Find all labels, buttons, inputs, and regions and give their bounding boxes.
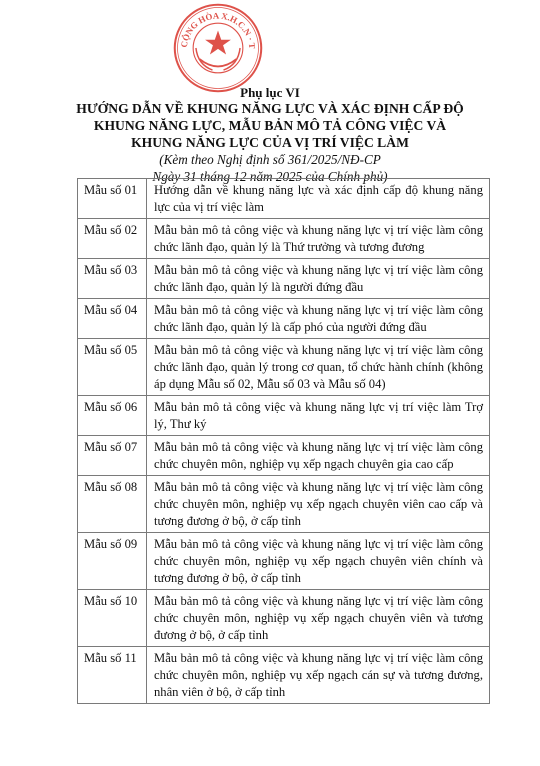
form-description: Mẫu bản mô tả công việc và khung năng lự… bbox=[147, 259, 490, 299]
title-line-1: HƯỚNG DẪN VỀ KHUNG NĂNG LỰC VÀ XÁC ĐỊNH … bbox=[0, 100, 540, 117]
form-code: Mẫu số 08 bbox=[78, 476, 147, 533]
form-code: Mẫu số 11 bbox=[78, 647, 147, 704]
form-code: Mẫu số 09 bbox=[78, 533, 147, 590]
form-description: Mẫu bản mô tả công việc và khung năng lự… bbox=[147, 436, 490, 476]
table-row: Mẫu số 07 Mẫu bản mô tả công việc và khu… bbox=[78, 436, 490, 476]
table-row: Mẫu số 03 Mẫu bản mô tả công việc và khu… bbox=[78, 259, 490, 299]
form-code: Mẫu số 02 bbox=[78, 219, 147, 259]
form-description: Mẫu bản mô tả công việc và khung năng lự… bbox=[147, 590, 490, 647]
form-code: Mẫu số 03 bbox=[78, 259, 147, 299]
table-row: Mẫu số 04 Mẫu bản mô tả công việc và khu… bbox=[78, 299, 490, 339]
form-description: Mẫu bản mô tả công việc và khung năng lự… bbox=[147, 339, 490, 396]
form-code: Mẫu số 05 bbox=[78, 339, 147, 396]
document-title: HƯỚNG DẪN VỀ KHUNG NĂNG LỰC VÀ XÁC ĐỊNH … bbox=[0, 100, 540, 151]
appendix-label: Phụ lục VI bbox=[0, 85, 540, 101]
form-description: Mẫu bản mô tả công việc và khung năng lự… bbox=[147, 396, 490, 436]
form-description: Mẫu bản mô tả công việc và khung năng lự… bbox=[147, 533, 490, 590]
table-row: Mẫu số 05 Mẫu bản mô tả công việc và khu… bbox=[78, 339, 490, 396]
title-line-3: KHUNG NĂNG LỰC CỦA VỊ TRÍ VIỆC LÀM bbox=[0, 134, 540, 151]
form-description: Mẫu bản mô tả công việc và khung năng lự… bbox=[147, 219, 490, 259]
form-code: Mẫu số 04 bbox=[78, 299, 147, 339]
subtitle-line-1: (Kèm theo Nghị định số 361/2025/NĐ-CP bbox=[0, 151, 540, 168]
form-code: Mẫu số 07 bbox=[78, 436, 147, 476]
state-emblem-seal-icon: CỘNG HÒA X.H.C.N · THỦ TƯỚNG CHÍNH PHỦ bbox=[172, 2, 264, 94]
table-row: Mẫu số 08 Mẫu bản mô tả công việc và khu… bbox=[78, 476, 490, 533]
form-description: Mẫu bản mô tả công việc và khung năng lự… bbox=[147, 476, 490, 533]
table-row: Mẫu số 06 Mẫu bản mô tả công việc và khu… bbox=[78, 396, 490, 436]
form-code: Mẫu số 01 bbox=[78, 179, 147, 219]
form-description: Mẫu bản mô tả công việc và khung năng lự… bbox=[147, 647, 490, 704]
form-code: Mẫu số 10 bbox=[78, 590, 147, 647]
table-row: Mẫu số 09 Mẫu bản mô tả công việc và khu… bbox=[78, 533, 490, 590]
form-description: Hướng dẫn về khung năng lực và xác định … bbox=[147, 179, 490, 219]
form-code: Mẫu số 06 bbox=[78, 396, 147, 436]
title-line-2: KHUNG NĂNG LỰC, MẪU BẢN MÔ TẢ CÔNG VIỆC … bbox=[0, 117, 540, 134]
table-row: Mẫu số 01 Hướng dẫn về khung năng lực và… bbox=[78, 179, 490, 219]
form-description: Mẫu bản mô tả công việc và khung năng lự… bbox=[147, 299, 490, 339]
forms-table: Mẫu số 01 Hướng dẫn về khung năng lực và… bbox=[77, 178, 490, 704]
table-row: Mẫu số 11 Mẫu bản mô tả công việc và khu… bbox=[78, 647, 490, 704]
table-row: Mẫu số 02 Mẫu bản mô tả công việc và khu… bbox=[78, 219, 490, 259]
table-row: Mẫu số 10 Mẫu bản mô tả công việc và khu… bbox=[78, 590, 490, 647]
